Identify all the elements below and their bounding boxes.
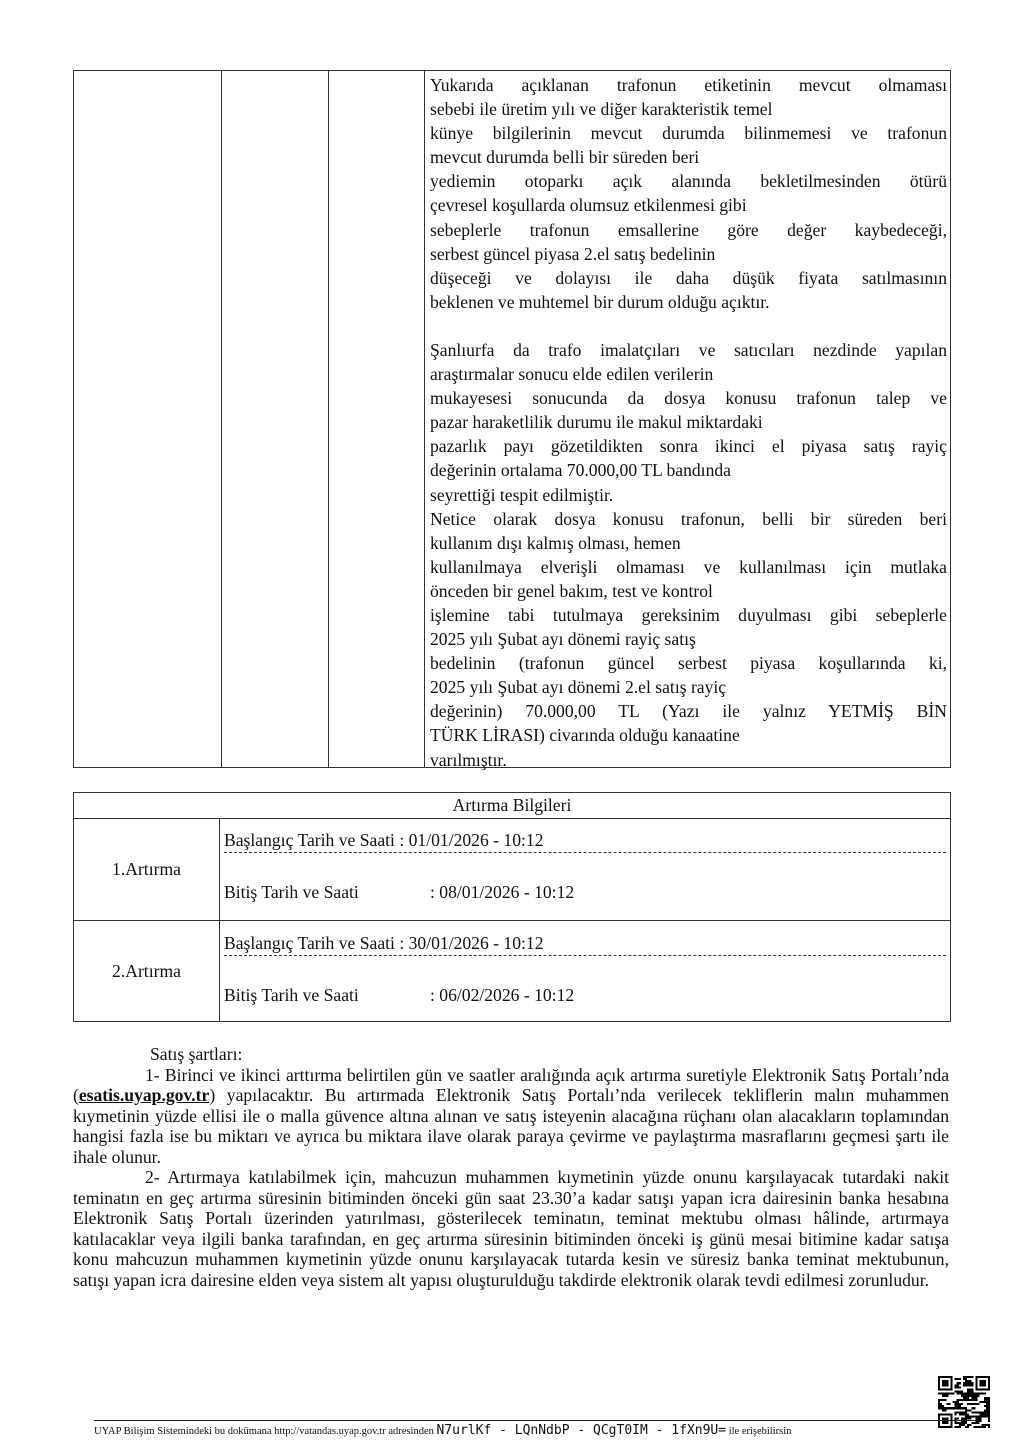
sale-conditions: Satış şartları: 1- Birinci ve ikinci art… bbox=[73, 1044, 949, 1290]
valuation-table: Yukarıda açıklanan trafonun etiketinin m… bbox=[73, 70, 951, 768]
start-value: : 30/01/2026 - 10:12 bbox=[399, 933, 543, 953]
text-line: kullanılmaya elverişli olmaması ve kulla… bbox=[430, 555, 947, 579]
start-label: Başlangıç Tarih ve Saati bbox=[224, 830, 395, 850]
start-value: : 01/01/2026 - 10:12 bbox=[399, 830, 543, 850]
conditions-title: Satış şartları: bbox=[73, 1044, 949, 1065]
text-line: seyrettiği tespit edilmiştir. bbox=[430, 483, 947, 507]
verification-code: N7urlKf - LQnNdbP - QCgT0IM - 1fXn9U= bbox=[436, 1423, 726, 1438]
text-line: Netice olarak dosya konusu trafonun, bel… bbox=[430, 507, 947, 531]
text-line: Şanlıurfa da trafo imalatçıları ve satıc… bbox=[430, 338, 947, 362]
end-value: : 06/02/2026 - 10:12 bbox=[430, 985, 574, 1006]
text-line: mukayesesi sonucunda da dosya konusu tra… bbox=[430, 386, 947, 410]
auction-round-1: 1.Artırma Başlangıç Tarih ve Saati : 01/… bbox=[74, 818, 950, 921]
text-line: düşeceği ve dolayısı ile daha düşük fiya… bbox=[430, 266, 947, 290]
valuation-explanation: Yukarıda açıklanan trafonun etiketinin m… bbox=[430, 73, 947, 772]
text-line: varılmıştır. bbox=[430, 748, 947, 772]
auction-round-label: 2.Artırma bbox=[74, 921, 220, 1022]
text-line: önceden bir genel bakım, test ve kontrol bbox=[430, 579, 947, 603]
esatis-link[interactable]: esatis.uyap.gov.tr bbox=[79, 1085, 210, 1105]
column-divider bbox=[328, 71, 329, 767]
text-line: Yukarıda açıklanan trafonun etiketinin m… bbox=[430, 73, 947, 97]
text-line: değerinin) 70.000,00 TL (Yazı ile yalnız… bbox=[430, 699, 947, 723]
text-line: künye bilgilerinin mevcut durumda bilinm… bbox=[430, 121, 947, 145]
auction-info-title: Artırma Bilgileri bbox=[74, 793, 950, 819]
footer-rule bbox=[94, 1420, 976, 1421]
text-line: sebeplerle trafonun emsallerine göre değ… bbox=[430, 218, 947, 242]
divider bbox=[224, 852, 946, 853]
end-label: Bitiş Tarih ve Saati bbox=[224, 882, 359, 902]
footer-suffix: ile erişebilirsin bbox=[729, 1426, 792, 1437]
text-line: sebebi ile üretim yılı ve diğer karakter… bbox=[430, 97, 947, 121]
text-line: çevresel koşullarda olumsuz etkilenmesi … bbox=[430, 193, 947, 217]
text-line: TÜRK LİRASI) civarında olduğu kanaatine bbox=[430, 723, 947, 747]
auction-round-label: 1.Artırma bbox=[74, 818, 220, 920]
text-line: araştırmalar sonucu elde edilen verileri… bbox=[430, 362, 947, 386]
text-line: serbest güncel piyasa 2.el satış bedelin… bbox=[430, 242, 947, 266]
text-line: 2025 yılı Şubat ayı dönemi rayiç satış bbox=[430, 627, 947, 651]
text-line: bedelinin (trafonun güncel serbest piyas… bbox=[430, 651, 947, 675]
auction-round-2: 2.Artırma Başlangıç Tarih ve Saati : 30/… bbox=[74, 921, 950, 1022]
text-line: beklenen ve muhtemel bir durum olduğu aç… bbox=[430, 290, 947, 314]
end-label: Bitiş Tarih ve Saati bbox=[224, 985, 359, 1005]
auction-info-table: Artırma Bilgileri 1.Artırma Başlangıç Ta… bbox=[73, 792, 951, 1022]
text-line: değerinin ortalama 70.000,00 TL bandında bbox=[430, 458, 947, 482]
condition-1: 1- Birinci ve ikinci arttırma belirtilen… bbox=[73, 1065, 949, 1168]
end-value: : 08/01/2026 - 10:12 bbox=[430, 882, 574, 903]
text-line: yediemin otoparkı açık alanında bekletil… bbox=[430, 169, 947, 193]
text-line: pazarlık payı gözetildikten sonra ikinci… bbox=[430, 434, 947, 458]
condition-2: 2- Artırmaya katılabilmek için, mahcuzun… bbox=[73, 1167, 949, 1290]
text-line: işlemine tabi tutulmaya gereksinim duyul… bbox=[430, 603, 947, 627]
text-line: 2025 yılı Şubat ayı dönemi 2.el satış ra… bbox=[430, 675, 947, 699]
footer-prefix: UYAP Bilişim Sistemindeki bu dokümana ht… bbox=[94, 1426, 434, 1437]
divider bbox=[224, 955, 946, 956]
column-divider bbox=[424, 71, 425, 767]
text-line: pazar haraketlilik durumu ile makul mikt… bbox=[430, 410, 947, 434]
column-divider bbox=[221, 71, 222, 767]
text-line: kullanım dışı kalmış olması, hemen bbox=[430, 531, 947, 555]
text-line: mevcut durumda belli bir süreden beri bbox=[430, 145, 947, 169]
start-label: Başlangıç Tarih ve Saati bbox=[224, 933, 395, 953]
footer: UYAP Bilişim Sistemindeki bu dokümana ht… bbox=[94, 1423, 791, 1440]
